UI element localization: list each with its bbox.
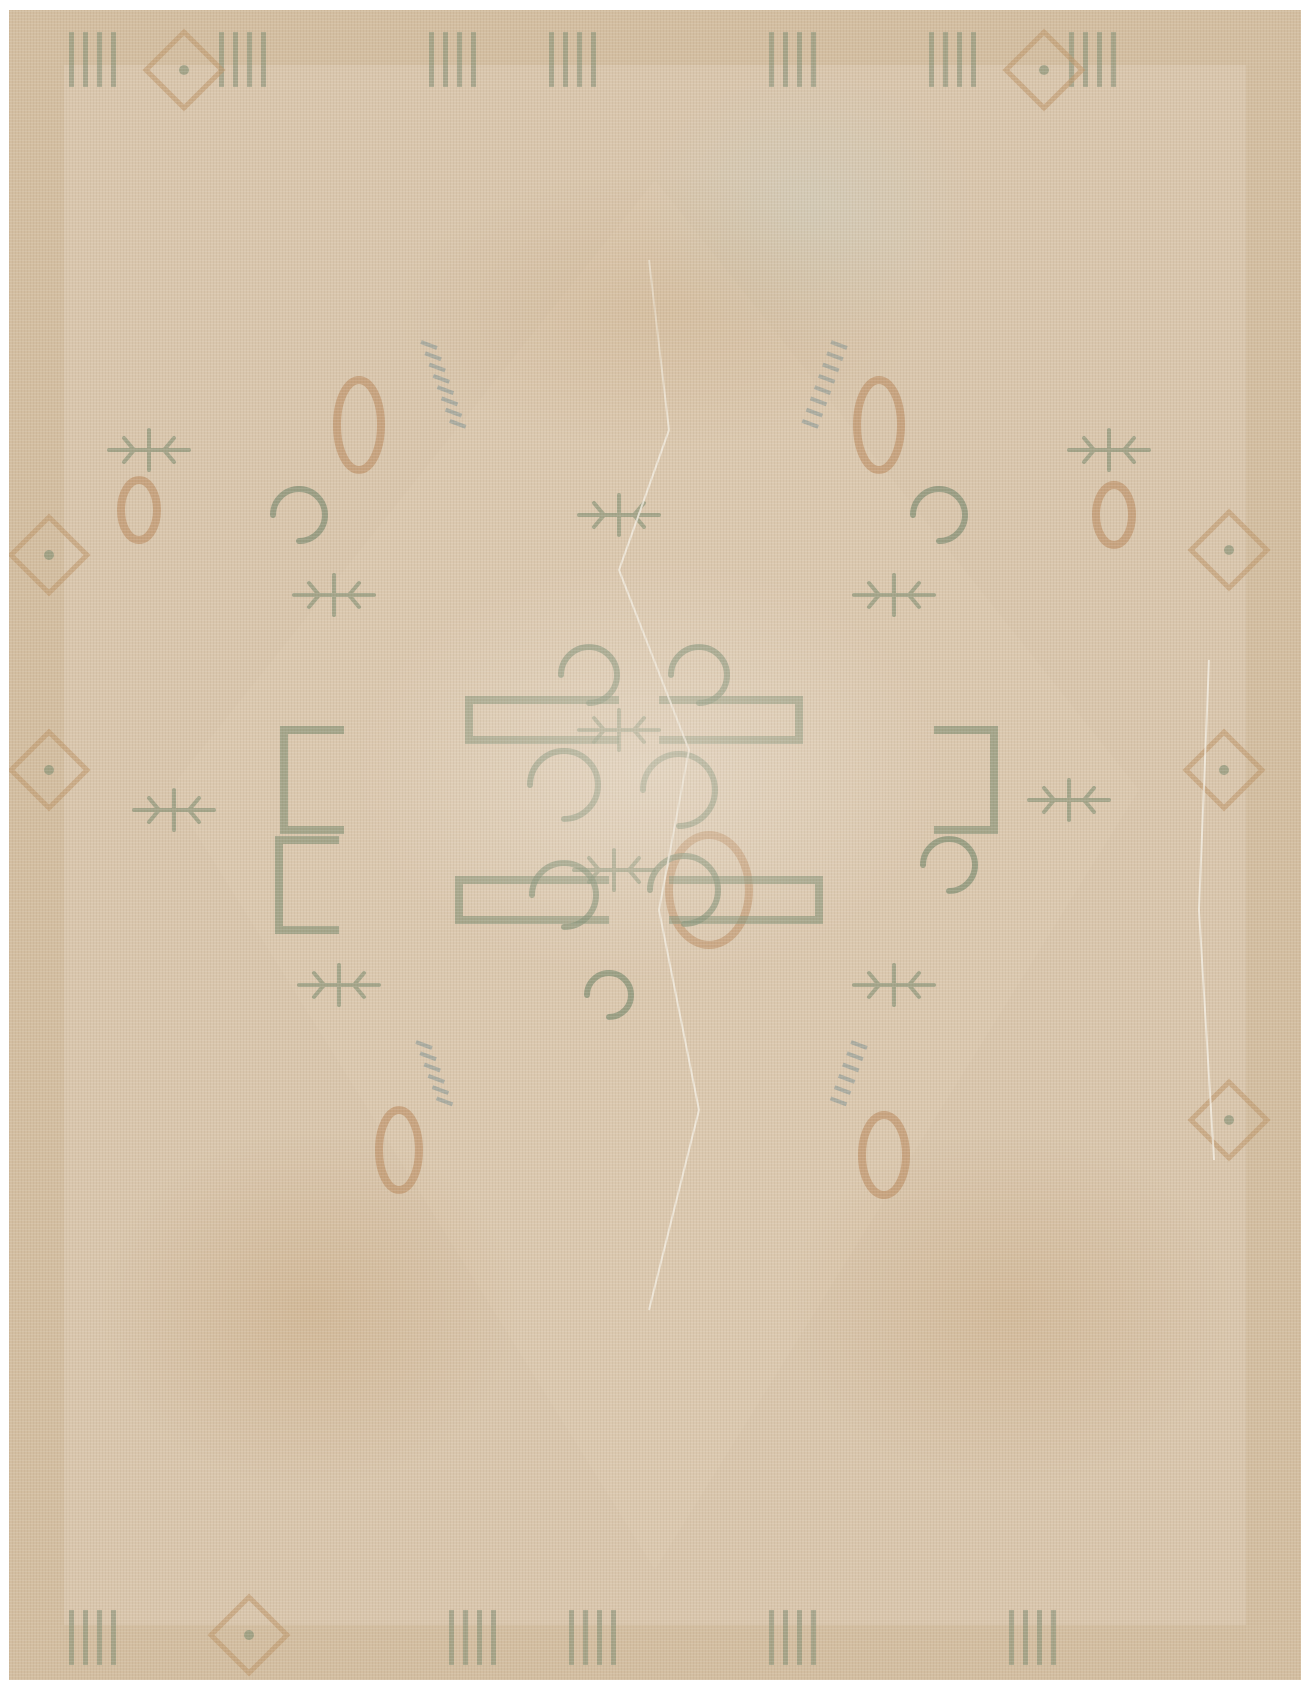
border-bar bbox=[429, 32, 434, 87]
border-bar bbox=[457, 32, 462, 87]
border-bar bbox=[233, 32, 238, 87]
diamond-dot bbox=[44, 550, 54, 560]
border-bar bbox=[957, 32, 962, 87]
border-bar bbox=[549, 32, 554, 87]
border-bar bbox=[97, 32, 102, 87]
border-bar bbox=[1051, 1610, 1056, 1665]
border-bar bbox=[443, 32, 448, 87]
border-bar bbox=[111, 32, 116, 87]
rug-photo bbox=[9, 10, 1301, 1680]
border-bar bbox=[1037, 1610, 1042, 1665]
border-bar bbox=[611, 1610, 616, 1665]
border-bar bbox=[971, 32, 976, 87]
border-bar bbox=[471, 32, 476, 87]
border-bar bbox=[1009, 1610, 1014, 1665]
border-bar bbox=[69, 32, 74, 87]
border-bar bbox=[261, 32, 266, 87]
border-bar bbox=[783, 1610, 788, 1665]
border-bar bbox=[1023, 1610, 1028, 1665]
diamond-dot bbox=[179, 65, 189, 75]
border-bar bbox=[597, 1610, 602, 1665]
border-bar bbox=[769, 32, 774, 87]
diamond-dot bbox=[1039, 65, 1049, 75]
border-bar bbox=[577, 32, 582, 87]
border-bar bbox=[1097, 32, 1102, 87]
diamond-dot bbox=[44, 765, 54, 775]
border-bar bbox=[1111, 32, 1116, 87]
border-bar bbox=[83, 1610, 88, 1665]
border-bar bbox=[943, 32, 948, 87]
border-bar bbox=[1083, 32, 1088, 87]
border-bar bbox=[929, 32, 934, 87]
diamond-dot bbox=[1224, 1115, 1234, 1125]
diamond-dot bbox=[1224, 545, 1234, 555]
border-bar bbox=[783, 32, 788, 87]
border-bar bbox=[491, 1610, 496, 1665]
border-bar bbox=[569, 1610, 574, 1665]
border-bar bbox=[477, 1610, 482, 1665]
border-bar bbox=[591, 32, 596, 87]
diamond-dot bbox=[244, 1630, 254, 1640]
border-bar bbox=[797, 1610, 802, 1665]
border-bar bbox=[811, 32, 816, 87]
border-bar bbox=[219, 32, 224, 87]
border-bar bbox=[811, 1610, 816, 1665]
border-bar bbox=[449, 1610, 454, 1665]
border-bar bbox=[97, 1610, 102, 1665]
border-bar bbox=[83, 32, 88, 87]
rug-pattern bbox=[9, 10, 1301, 1680]
border-bar bbox=[563, 32, 568, 87]
border-bar bbox=[111, 1610, 116, 1665]
diamond-dot bbox=[1219, 765, 1229, 775]
border-bar bbox=[247, 32, 252, 87]
border-bar bbox=[69, 1610, 74, 1665]
border-bar bbox=[583, 1610, 588, 1665]
border-bar bbox=[769, 1610, 774, 1665]
border-bar bbox=[463, 1610, 468, 1665]
border-bar bbox=[797, 32, 802, 87]
